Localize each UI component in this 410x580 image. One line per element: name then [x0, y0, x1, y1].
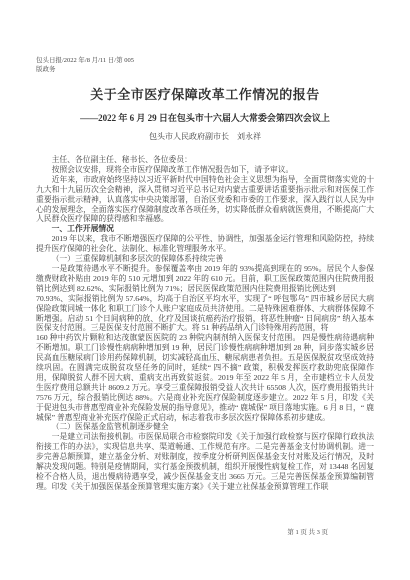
page-number: 第 1 页 共 3 页 [287, 528, 328, 537]
paragraph-since-2019: 2019 年以来，我市不断增强医疗保障的公平性、协调性，加强基金运行管理和风险防… [36, 234, 374, 254]
subsection-heading-2: （二）医保基金监管机制逐步健全 [36, 422, 374, 432]
source-citation: 包头日报/2022 年/8 月/11 日/第 005 版政务 [36, 56, 374, 74]
section-heading-1: 一、工作开展情况 [36, 224, 374, 234]
source-citation-line2: 版政务 [36, 65, 374, 74]
author-line: 包头市人民政府副市长 刘永祥 [36, 131, 374, 142]
paragraph-subsection-2-body: 一是建立司法衔接机制。市医保局联合市检察院印发《关于加强行政检察与医疗保障行政执… [36, 432, 374, 491]
source-citation-line1: 包头日报/2022 年/8 月/11 日/第 005 [36, 56, 374, 65]
paragraph-intro: 按照会议安排，现将全市医疗保障改革工作情况报告如下，请予审议。 [36, 165, 374, 175]
report-subtitle: ——2022 年 6 月 29 日在包头市十六届人大常委会第四次会议上 [36, 112, 374, 124]
document-page: 包头日报/2022 年/8 月/11 日/第 005 版政务 关于全市医疗保障改… [0, 0, 410, 580]
subsection-heading-1: （一）三重保障机制和多层次的保障体系持续完善 [36, 254, 374, 264]
salutation-line: 主任、各位副主任、秘书长、各位委员： [36, 155, 374, 165]
report-body: 主任、各位副主任、秘书长、各位委员： 按照会议安排，现将全市医疗保障改革工作情况… [36, 155, 374, 492]
paragraph-overview: 近年来，市政府始终坚持以习近平新时代中国特色社会主义思想为指导，全面贯彻落实党的… [36, 175, 374, 225]
document-content: 包头日报/2022 年/8 月/11 日/第 005 版政务 关于全市医疗保障改… [36, 56, 374, 492]
paragraph-subsection-1-body: 一是政策待遇水平不断提升。参保覆盖率由 2019 年的 93%提高到现在的 95… [36, 264, 374, 423]
page-title: 关于全市医疗保障改革工作情况的报告 [36, 87, 374, 103]
